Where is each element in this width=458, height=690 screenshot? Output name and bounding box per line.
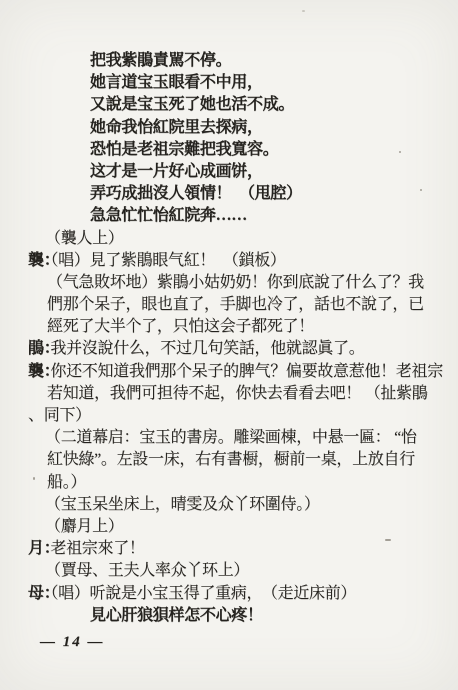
script-line: 、同下） xyxy=(28,405,442,427)
script-line: 見心肝狼狽样怎不心疼！ xyxy=(28,605,442,627)
line-text: 經死了大半个了，只怕这会子都死了！ xyxy=(47,318,314,335)
scan-speck xyxy=(302,10,305,12)
script-line: 又說是宝玉死了她也活不成。 xyxy=(28,94,442,116)
line-text: （唱）听說是小宝玉得了重病， （走近床前） xyxy=(50,585,356,602)
line-text: 我并沒說什么，不过几句笑話，他就認眞了。 xyxy=(50,340,364,357)
scan-speck xyxy=(420,189,422,191)
line-text: 又說是宝玉死了她也活不成。 xyxy=(90,96,294,113)
line-text: 紅快綠”。左設一床，右有書橱，橱前一桌，上放自行 xyxy=(47,451,415,468)
line-text: 这才是一片好心成画饼， xyxy=(90,163,263,180)
line-text: （唱）見了紫鵑眼气紅！ （鎖板） xyxy=(50,252,285,269)
script-line: 若知道，我們可担待不起，你快去看看去吧！ （扯紫鵑 xyxy=(28,383,442,405)
page-number: — 14 — xyxy=(40,634,105,651)
script-line: 这才是一片好心成画饼， xyxy=(28,161,442,183)
scanned-script-page: 把我紫鵑責駡不停。她言道宝玉眼看不中用，又說是宝玉死了她也活不成。她命我怡紅院里… xyxy=(0,0,458,690)
line-text: （二道幕启：宝玉的書房。雕梁画棟，中悬一匾： “怡 xyxy=(45,429,417,446)
script-line: （气急敗坏地）紫鵑小姑奶奶！你到底說了什么了？我 xyxy=(28,272,442,294)
line-text: （宝玉呆坐床上，晴雯及众丫环圍侍。） xyxy=(45,496,320,513)
script-line: 弄巧成拙沒人領情！ （甩腔） xyxy=(28,183,442,205)
script-line: （二道幕启：宝玉的書房。雕梁画棟，中悬一匾： “怡 xyxy=(28,427,442,449)
script-line: 恐怕是老祖宗難把我寬容。 xyxy=(28,139,442,161)
script-line: 襲：你还不知道我們那个呆子的脾气？偏要故意惹他！老祖宗 xyxy=(28,361,442,383)
script-body: 把我紫鵑責駡不停。她言道宝玉眼看不中用，又說是宝玉死了她也活不成。她命我怡紅院里… xyxy=(28,50,442,627)
script-line: （宝玉呆坐床上，晴雯及众丫环圍侍。） xyxy=(28,494,442,516)
script-line: 她命我怡紅院里去探病， xyxy=(28,117,442,139)
script-line: 月：老祖宗來了！ xyxy=(28,538,442,560)
scan-speck xyxy=(33,477,35,480)
script-line: 母：（唱）听說是小宝玉得了重病， （走近床前） xyxy=(28,583,442,605)
scan-speck xyxy=(399,151,401,153)
line-text: 見心肝狼狽样怎不心疼！ xyxy=(90,607,263,624)
line-text: （麝月上） xyxy=(45,518,124,535)
script-line: 她言道宝玉眼看不中用， xyxy=(28,72,442,94)
line-text: 恐怕是老祖宗難把我寬容。 xyxy=(90,141,278,158)
line-text: 你还不知道我們那个呆子的脾气？偏要故意惹他！老祖宗 xyxy=(50,363,443,380)
line-text: 她命我怡紅院里去探病， xyxy=(90,119,263,136)
script-line: （襲人上） xyxy=(28,228,442,250)
script-line: 襲：（唱）見了紫鵑眼气紅！ （鎖板） xyxy=(28,250,442,272)
line-text: 弄巧成拙沒人領情！ （甩腔） xyxy=(90,185,302,202)
script-line: 紅快綠”。左設一床，右有書橱，橱前一桌，上放自行 xyxy=(28,449,442,471)
script-line: 船。） xyxy=(28,472,442,494)
line-text: （襲人上） xyxy=(45,230,124,247)
line-text: 她言道宝玉眼看不中用， xyxy=(90,74,263,91)
scan-speck xyxy=(385,539,391,541)
script-line: 們那个呆子，眼也直了，手脚也冷了，話也不說了，已 xyxy=(28,294,442,316)
script-line: （麝月上） xyxy=(28,516,442,538)
script-line: 鵑：我并沒說什么，不过几句笑話，他就認眞了。 xyxy=(28,338,442,360)
line-text: 若知道，我們可担待不起，你快去看看去吧！ （扯紫鵑 xyxy=(47,385,428,402)
line-text: 老祖宗來了！ xyxy=(50,540,144,557)
line-text: 把我紫鵑責駡不停。 xyxy=(90,52,231,69)
script-line: （賈母、王夫人率众丫环上） xyxy=(28,560,442,582)
script-line: 經死了大半个了，只怕这会子都死了！ xyxy=(28,316,442,338)
line-text: （气急敗坏地）紫鵑小姑奶奶！你到底說了什么了？我 xyxy=(47,274,424,291)
line-text: 們那个呆子，眼也直了，手脚也冷了，話也不說了，已 xyxy=(47,296,424,313)
line-text: （賈母、王夫人率众丫环上） xyxy=(45,562,249,579)
script-line: 把我紫鵑責駡不停。 xyxy=(28,50,442,72)
line-text: 船。） xyxy=(47,474,86,491)
line-text: 急急忙忙怡紅院奔…… xyxy=(90,207,247,224)
line-text: 、同下） xyxy=(28,407,91,424)
script-line: 急急忙忙怡紅院奔…… xyxy=(28,205,442,227)
